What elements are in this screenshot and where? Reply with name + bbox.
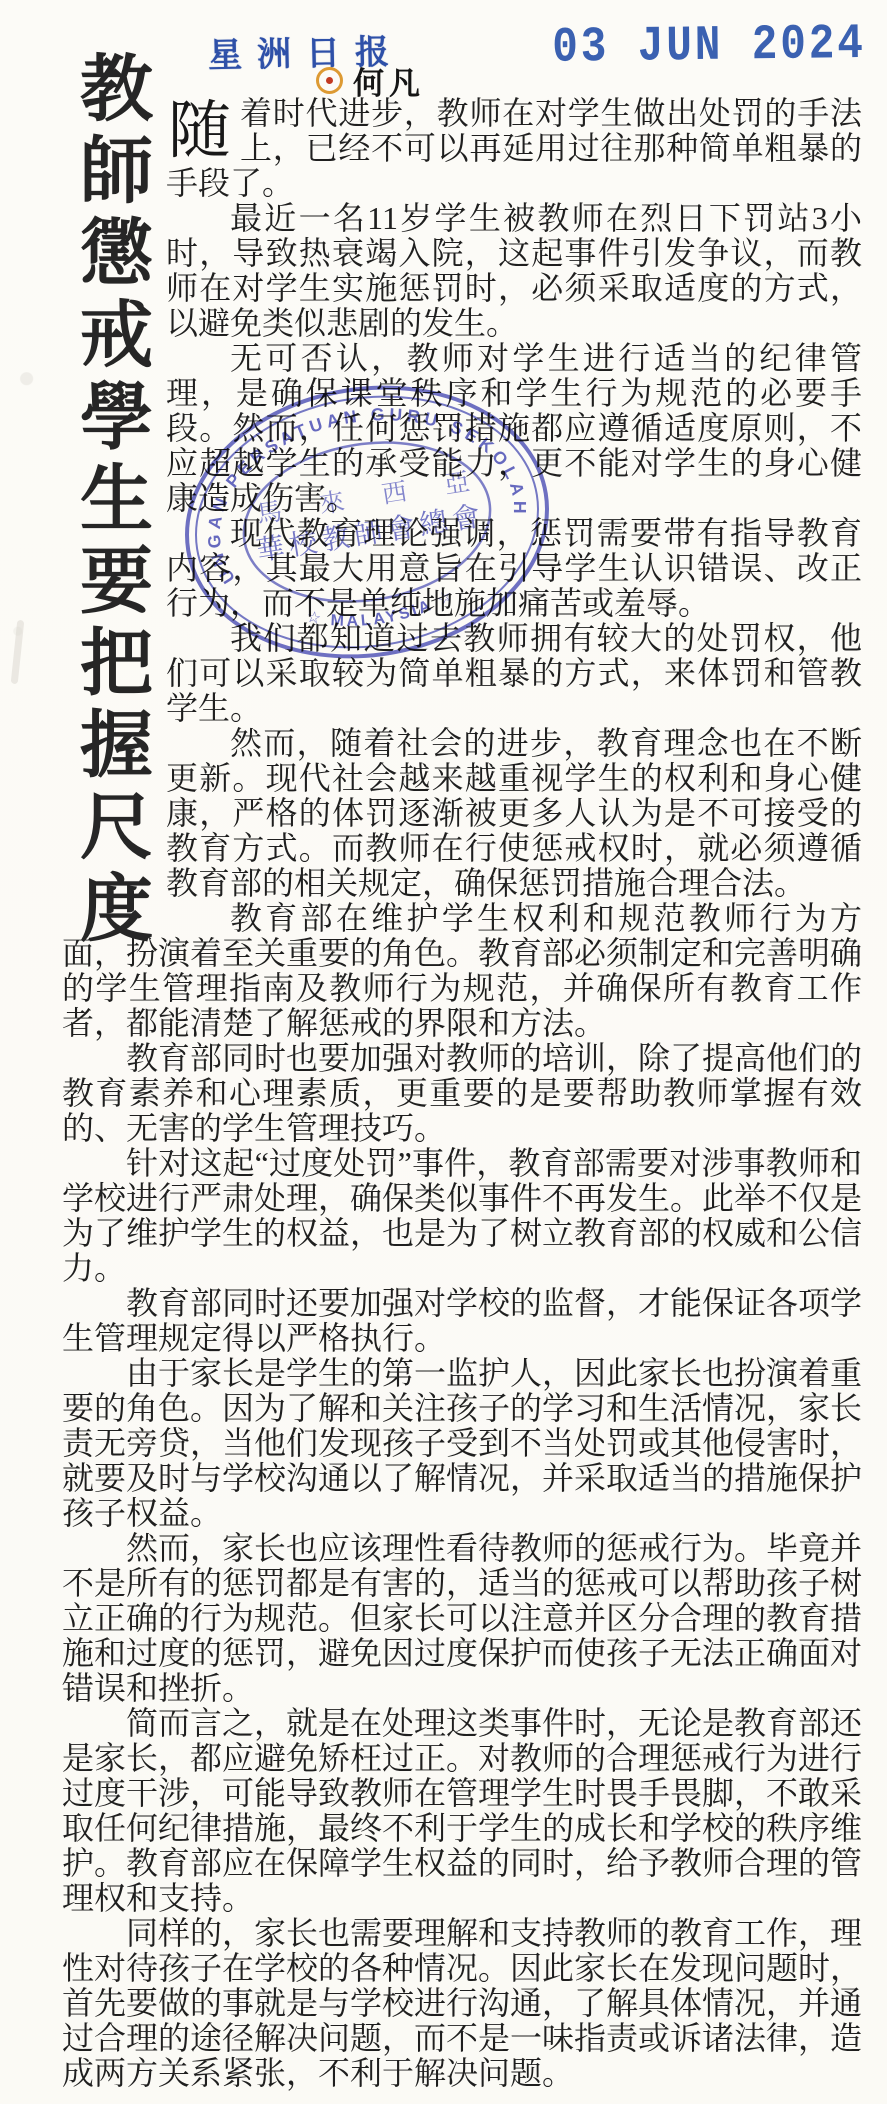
paragraph: 同样的，家长也需要理解和支持教师的教育工作，理性对待孩子在学校的各种情况。因此家… — [62, 1916, 862, 2091]
article-headline: 教師懲戒學生要把握尺度 — [58, 50, 160, 880]
paragraph: 针对这起“过度处罚”事件，教育部需要对涉事教师和学校进行严肃处理，确保类似事件不… — [62, 1146, 862, 1286]
byline-bullet-dot — [326, 77, 333, 84]
paragraph: 教育部同时还要加强对学校的监督，才能保证各项学生管理规定得以严格执行。 — [62, 1286, 862, 1356]
paragraph: 教育部在维护学生权利和规范教师行为方面，扮演着至关重要的角色。教育部必须制定和完… — [62, 901, 862, 1041]
scan-smudge — [11, 620, 25, 684]
paragraph: 最近一名11岁学生被教师在烈日下罚站3小时，导致热衰竭入院，这起事件引发争议，而… — [62, 201, 862, 341]
paragraph-text: 着时代进步，教师在对学生做出处罚的手法上，已经不可以再延用过往那种简单粗暴的手段… — [166, 95, 862, 201]
paragraph: 教育部同时也要加强对教师的培训，除了提高他们的教育素养和心理素质，更重要的是要帮… — [62, 1041, 862, 1146]
paragraph: 由于家长是学生的第一监护人，因此家长也扮演着重要的角色。因为了解和关注孩子的学习… — [62, 1356, 862, 1531]
paragraph: 简而言之，就是在处理这类事件时，无论是教育部还是家长，都应避免矫枉过正。对教师的… — [62, 1706, 862, 1916]
byline-bullet-icon — [316, 67, 343, 94]
paragraph: 然而，家长也应该理性看待教师的惩戒行为。毕竟并不是所有的惩罚都是有害的，适当的惩… — [62, 1531, 862, 1706]
newspaper-clipping: 星洲日报 何凡 03 JUN 2024 教師懲戒學生要把握尺度 随着时代进步，教… — [0, 0, 887, 2104]
date-stamp: 03 JUN 2024 — [552, 16, 866, 76]
paragraph: 随着时代进步，教师在对学生做出处罚的手法上，已经不可以再延用过往那种简单粗暴的手… — [62, 96, 862, 201]
dropcap: 随 — [166, 96, 240, 159]
paragraph: 然而，随着社会的进步，教育理念也在不断更新。现代社会越来越重视学生的权利和身心健… — [62, 726, 862, 901]
association-stamp: GABUNGAN PERSATUAN GURU SEKOLAH CINA ☆ M… — [155, 348, 580, 696]
